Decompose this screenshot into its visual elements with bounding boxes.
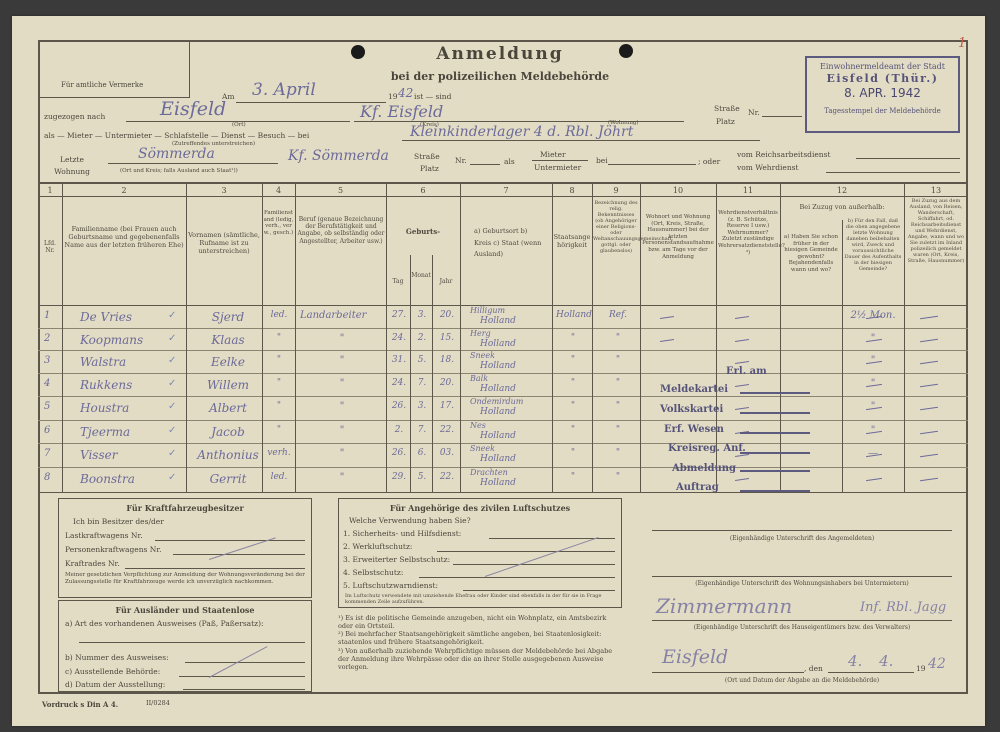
cell-stand[interactable]: " — [264, 378, 294, 388]
foreigner-field-label: a) Art des vorhandenen Ausweises (Paß, P… — [65, 619, 264, 628]
vehicle-note: Meiner gesetzlichen Verpflichtung zur An… — [65, 572, 305, 586]
cell-bekenntnis[interactable]: Ref. — [598, 310, 638, 320]
header-staatsangehoerigkeit: Staatsangehörigkeit — [553, 234, 591, 250]
als-options: als — Mieter — Untermieter — Schlafstell… — [44, 131, 309, 140]
cell-geburtsstaat[interactable]: Holland — [480, 407, 516, 417]
cell-c12a[interactable]: — — [848, 448, 898, 459]
header-geburts: Geburts- — [386, 228, 460, 236]
vehicle-field-label: Kraftrades Nr. — [65, 559, 120, 568]
cell-familienname[interactable]: Houstra — [80, 401, 180, 415]
footnote: ²) Bei mehrfacher Staatsangehörigkeit sä… — [338, 630, 622, 646]
cell-staatsang[interactable]: " — [556, 333, 590, 343]
cell-stand[interactable]: led. — [264, 472, 294, 482]
processing-stamp-header: Erl. am — [726, 366, 767, 377]
cell-vorname[interactable]: Willem — [196, 378, 260, 392]
place-value[interactable]: Eisfeld — [662, 646, 728, 668]
letzte-wohnung-caption: (Ort und Kreis; falls Ausland auch Staat… — [120, 168, 238, 174]
cell-geburtsstaat[interactable]: Holland — [480, 316, 516, 326]
cell-jahr[interactable]: 15. — [436, 333, 458, 343]
cell-geburtsort[interactable]: Drachten — [470, 468, 508, 477]
checkmark-icon: ✓ — [168, 448, 176, 459]
civil-defense-field: 1. Sicherheits- und Hilfsdienst: — [343, 529, 461, 538]
header-bekenntnis: Bezeichnung des relig. Bekenntnisses (ob… — [593, 200, 639, 254]
letzte-wohnung-label: Letzte Wohnung — [52, 154, 92, 178]
mieter-label: Mieter — [540, 150, 566, 159]
cell-jahr[interactable]: 20. — [436, 378, 458, 388]
col-number: 1 — [38, 186, 62, 195]
official-notes-box: Für amtliche Vermerke — [38, 40, 190, 98]
vehicle-field-label: Lastkraftwagens Nr. — [65, 531, 143, 540]
cell-vorname[interactable]: Sjerd — [196, 310, 260, 324]
col-number: 2 — [62, 186, 186, 195]
wohnung-caption: (Wohnung) — [608, 120, 639, 126]
cell-beruf[interactable]: " — [300, 425, 384, 436]
oder-label: ; oder — [698, 157, 720, 166]
civil-defense-question: Welche Verwendung haben Sie? — [349, 516, 471, 525]
document-title: Anmeldung — [380, 44, 620, 64]
zugezogen-ort-value[interactable]: Eisfeld — [160, 98, 226, 120]
civil-defense-title: Für Angehörige des zivilen Luftschutzes — [339, 503, 621, 513]
cell-stand[interactable]: verh. — [264, 448, 294, 458]
header-vornamen: Vornamen (sämtliche, Rufname ist zu unte… — [188, 232, 260, 255]
bei-label: bei — [596, 156, 608, 165]
cell-familienname[interactable]: Tjeerma — [80, 425, 180, 439]
vehicle-field-label: Personenkraftwagens Nr. — [65, 545, 162, 554]
header-zuzug-a: a) Haben Sie schon früher in der hiesige… — [782, 234, 840, 274]
foreigner-box-title: Für Ausländer und Staatenlose — [59, 605, 311, 615]
strasse-label: Straße — [714, 104, 740, 113]
cell-nr[interactable]: 4 — [44, 378, 60, 389]
cell-tag[interactable]: 24. — [388, 333, 410, 343]
cell-vorname[interactable]: Eelke — [196, 355, 260, 369]
cell-stand[interactable]: " — [264, 333, 294, 343]
civil-defense-field: 2. Werkluftschutz: — [343, 542, 412, 551]
foreigner-box: Für Ausländer und Staatenlose a) Art des… — [58, 600, 312, 692]
cell-jahr[interactable]: 03. — [436, 448, 458, 458]
col-number: 8 — [552, 186, 592, 195]
cell-monat[interactable]: 7. — [413, 425, 431, 435]
checkmark-icon: ✓ — [168, 310, 176, 321]
print-note: Vordruck s Din A 4. — [42, 700, 118, 709]
col-number: 12 — [780, 186, 904, 195]
cell-geburtsstaat[interactable]: Holland — [480, 384, 516, 394]
official-notes-label: Für amtliche Vermerke — [61, 81, 143, 89]
cell-jahr[interactable]: 18. — [436, 355, 458, 365]
stamp-date: 8. APR. 1942 — [807, 86, 958, 101]
cell-nr[interactable]: 8 — [44, 472, 60, 483]
nr-label: Nr. — [748, 108, 760, 117]
cell-tag[interactable]: 31. — [388, 355, 410, 365]
signature-caption-owner: (Eigenhändige Unterschrift des Hauseigen… — [652, 624, 952, 631]
bei-value[interactable]: Kleinkinderlager 4 d. Rbl. Jöhrt — [410, 124, 633, 140]
header-ausland: Bei Zuzug aus dem Ausland, von Reisen, W… — [906, 198, 966, 264]
platz-label: Platz — [716, 117, 735, 126]
col-number: 7 — [460, 186, 552, 195]
year-value-bottom[interactable]: 42 — [928, 656, 946, 672]
cell-geburtsort[interactable]: Nes — [470, 421, 486, 430]
header-monat: Monat — [410, 272, 432, 279]
owner-signature[interactable]: Zimmermann — [656, 594, 792, 618]
vehicle-box-title: Für Kraftfahrzeugbesitzer — [59, 503, 311, 513]
am-value[interactable]: 3. April — [252, 80, 316, 100]
cell-staatsang[interactable]: " — [556, 448, 590, 458]
cell-stand[interactable]: led. — [264, 310, 294, 320]
cell-geburtsort[interactable]: Ondemirdum — [470, 397, 523, 406]
cell-bekenntnis[interactable]: " — [598, 448, 638, 458]
civil-defense-note: Im Luftschutz verwendete mit umziehende … — [345, 593, 615, 605]
cell-monat[interactable]: 5. — [413, 472, 431, 482]
den-label: , den — [804, 664, 823, 673]
cell-jahr[interactable]: 22. — [436, 425, 458, 435]
cell-c12a[interactable]: " — [848, 333, 898, 344]
punch-hole-icon — [619, 44, 633, 58]
letzte-strasse-label: Straße — [414, 152, 440, 161]
cell-familienname[interactable]: De Vries — [80, 310, 180, 324]
processing-item: Abmeldung — [672, 463, 736, 474]
civil-defense-field: 5. Luftschutzwarndienst: — [343, 581, 438, 590]
cell-stand[interactable]: " — [264, 355, 294, 365]
cell-nr[interactable]: 3 — [44, 355, 60, 366]
punch-hole-icon — [351, 45, 365, 59]
letzte-platz-label: Platz — [420, 164, 439, 173]
cell-familienname[interactable]: Koopmans — [80, 333, 180, 347]
letzte-kreis-value[interactable]: Kf. Sömmerda — [288, 148, 389, 164]
cell-vorname[interactable]: Anthonius — [196, 448, 260, 462]
header-beruf: Beruf (genaue Bezeichnung der Berufstäti… — [297, 216, 385, 245]
cell-bekenntnis[interactable]: " — [598, 401, 638, 411]
cell-beruf[interactable]: " — [300, 448, 384, 459]
cell-c12a[interactable]: " — [848, 355, 898, 366]
stamp-office: Einwohnermeldeamt der Stadt — [807, 62, 958, 72]
cell-vorname[interactable]: Gerrit — [196, 472, 260, 486]
signature-caption-tenant: (Eigenhändige Unterschrift des Wohnungsi… — [652, 580, 952, 587]
cell-familienname[interactable]: Walstra — [80, 355, 180, 369]
foreigner-field-label: b) Nummer des Ausweises: — [65, 653, 169, 662]
cell-bekenntnis[interactable]: " — [598, 333, 638, 343]
cell-geburtsstaat[interactable]: Holland — [480, 339, 516, 349]
cell-geburtsstaat[interactable]: Holland — [480, 361, 516, 371]
cell-tag[interactable]: 26. — [388, 401, 410, 411]
cell-bekenntnis[interactable]: " — [598, 425, 638, 435]
checkmark-icon: ✓ — [168, 401, 176, 412]
signature-caption-registrant: (Eigenhändige Unterschrift des Angemelde… — [652, 535, 952, 542]
letzte-nr-label: Nr. — [455, 156, 467, 165]
col-number: 5 — [295, 186, 386, 195]
header-jahr: Jahr — [432, 278, 460, 285]
ist-sind-label: ist — sind — [414, 92, 451, 101]
stamp-footer: Tagesstempel der Meldebehörde — [807, 107, 958, 116]
cell-vorname[interactable]: Jacob — [196, 425, 260, 439]
cell-geburtsort[interactable]: Herg — [470, 329, 491, 338]
cell-bekenntnis[interactable]: " — [598, 378, 638, 388]
cell-tag[interactable]: 24. — [388, 378, 410, 388]
cell-stand[interactable]: " — [264, 401, 294, 411]
processing-item: Auftrag — [676, 482, 719, 493]
cell-vorname[interactable]: Albert — [196, 401, 260, 415]
cell-c12a[interactable]: " — [848, 401, 898, 412]
col-number: 10 — [640, 186, 716, 195]
cell-staatsang[interactable]: " — [556, 425, 590, 435]
cell-c12a[interactable]: 2½ Mon. — [848, 310, 898, 321]
checkmark-icon: ✓ — [168, 355, 176, 366]
cell-monat[interactable]: 7. — [413, 378, 431, 388]
cell-geburtsort[interactable]: Sneek — [470, 444, 495, 453]
cell-monat[interactable]: 2. — [413, 333, 431, 343]
header-zuzug: Bei Zuzug von außerhalb: — [780, 204, 904, 212]
foreigner-field-label: c) Ausstellende Behörde: — [65, 667, 160, 676]
cell-stand[interactable]: " — [264, 425, 294, 435]
header-familienstand: Familienstand (ledig, verh., verw., gesc… — [263, 210, 294, 236]
cell-beruf[interactable]: " — [300, 472, 384, 483]
stamp-city: Eisfeld (Thür.) — [807, 72, 958, 86]
zugezogen-label: zugezogen nach — [44, 112, 105, 121]
checkmark-icon: ✓ — [168, 425, 176, 436]
letzte-wohnung-value[interactable]: Sömmerda — [138, 146, 215, 162]
civil-defense-field: 4. Selbstschutz: — [343, 568, 403, 577]
cell-geburtsstaat[interactable]: Holland — [480, 478, 516, 488]
cell-beruf[interactable]: Landarbeiter — [300, 310, 384, 321]
cell-beruf[interactable]: " — [300, 355, 384, 366]
signature-caption-date: (Ort und Datum der Abgabe an die Meldebe… — [652, 677, 952, 684]
footnotes: ¹) Es ist die politische Gemeinde anzuge… — [338, 614, 622, 671]
cell-nr[interactable]: 5 — [44, 401, 60, 412]
form-code: II/0284 — [146, 699, 170, 707]
cell-c12a[interactable]: " — [848, 425, 898, 436]
cell-tag[interactable]: 27. — [388, 310, 410, 320]
header-lfd-nr: Lfd. Nr. — [39, 240, 61, 254]
civil-defense-field: 3. Erweiterter Selbstschutz: — [343, 555, 450, 564]
cell-tag[interactable]: 2. — [388, 425, 410, 435]
col-number: 3 — [186, 186, 262, 195]
cell-bekenntnis[interactable]: " — [598, 472, 638, 482]
registration-stamp: Einwohnermeldeamt der Stadt Eisfeld (Thü… — [805, 56, 960, 133]
cell-geburtsort[interactable]: Hilligum — [470, 306, 505, 315]
cell-beruf[interactable]: " — [300, 401, 384, 412]
header-geburtsort: a) Geburtsort b) Kreis c) Staat (wenn Au… — [474, 226, 544, 261]
cell-jahr[interactable]: 20. — [436, 310, 458, 320]
cell-bekenntnis[interactable]: " — [598, 355, 638, 365]
cell-geburtsort[interactable]: Balk — [470, 374, 488, 383]
date-value[interactable]: 4. 4. — [848, 652, 893, 670]
cell-monat[interactable]: 6. — [413, 448, 431, 458]
col-number: 6 — [386, 186, 460, 195]
cell-jahr[interactable]: 22. — [436, 472, 458, 482]
header-wohnort: Wohnort und Wohnung (Ort, Kreis, Straße,… — [642, 214, 714, 260]
document-subtitle: bei der polizeilichen Meldebehörde — [370, 70, 630, 83]
processing-item: Meldekartei — [660, 384, 728, 395]
cell-tag[interactable]: 29. — [388, 472, 410, 482]
cell-familienname[interactable]: Rukkens — [80, 378, 180, 392]
cell-nr[interactable]: 7 — [44, 448, 60, 459]
year-value[interactable]: 42 — [398, 86, 413, 100]
header-zuzug-b: b) Für den Fall, daß die oben angegebene… — [844, 218, 902, 272]
owner-note[interactable]: Inf. Rbl. Jagg — [860, 600, 946, 615]
footnote: ³) Von außerhalb zuziehende Wehrpflichti… — [338, 647, 622, 671]
processing-item: Volkskartei — [660, 404, 723, 415]
header-familienname: Familienname (bei Frauen auch Geburtsnam… — [64, 226, 184, 249]
cell-geburtsstaat[interactable]: Holland — [480, 431, 516, 441]
cell-nr[interactable]: 1 — [44, 310, 60, 321]
cell-geburtsort[interactable]: Sneek — [470, 351, 495, 360]
red-mark: 1 — [958, 36, 966, 51]
cell-jahr[interactable]: 17. — [436, 401, 458, 411]
col-number: 9 — [592, 186, 640, 195]
processing-item: Kreisreg. Anf. — [668, 443, 746, 454]
cell-nr[interactable]: 2 — [44, 333, 60, 344]
cell-staatsang[interactable]: " — [556, 472, 590, 482]
kreis-value[interactable]: Kf. Eisfeld — [360, 102, 443, 121]
cell-monat[interactable]: 3. — [413, 310, 431, 320]
cell-familienname[interactable]: Boonstra — [80, 472, 180, 486]
cell-monat[interactable]: 3. — [413, 401, 431, 411]
cell-nr[interactable]: 6 — [44, 425, 60, 436]
cell-tag[interactable]: 26. — [388, 448, 410, 458]
cell-geburtsstaat[interactable]: Holland — [480, 454, 516, 464]
wehrdienst-label: vom Wehrdienst — [737, 163, 799, 172]
col-number: 11 — [716, 186, 780, 195]
processing-item: Erf. Wesen — [664, 424, 724, 435]
cell-c12a[interactable]: " — [848, 378, 898, 389]
col-number: 4 — [262, 186, 295, 195]
checkmark-icon: ✓ — [168, 333, 176, 344]
cell-beruf[interactable]: " — [300, 378, 384, 389]
ort-caption: (Ort) — [232, 122, 246, 128]
cell-staatsang[interactable]: " — [556, 401, 590, 411]
cell-familienname[interactable]: Visser — [80, 448, 180, 462]
cell-beruf[interactable]: " — [300, 333, 384, 344]
foreigner-field-label: d) Datum der Ausstellung: — [65, 680, 165, 689]
als-label: als — [504, 157, 515, 166]
untermieter-label: Untermieter — [534, 163, 581, 172]
cell-monat[interactable]: 5. — [413, 355, 431, 365]
vehicle-intro: Ich bin Besitzer des/der — [73, 517, 164, 526]
footnote: ¹) Es ist die politische Gemeinde anzuge… — [338, 614, 622, 630]
cell-staatsang[interactable]: Holland — [556, 310, 590, 320]
cell-staatsang[interactable]: " — [556, 378, 590, 388]
vehicle-owner-box: Für Kraftfahrzeugbesitzer Ich bin Besitz… — [58, 498, 312, 598]
col-number: 13 — [904, 186, 968, 195]
cell-vorname[interactable]: Klaas — [196, 333, 260, 347]
checkmark-icon: ✓ — [168, 378, 176, 389]
reichsarbeitsdienst-label: vom Reichsarbeitsdienst — [737, 150, 831, 159]
year-prefix-label: 19 — [916, 664, 926, 673]
checkmark-icon: ✓ — [168, 472, 176, 483]
year-prefix: 19 — [388, 92, 398, 101]
header-tag: Tag — [386, 278, 410, 285]
header-wehrdienst: Wehrdienstverhältnis (z. B. Schütze, Res… — [718, 210, 778, 256]
civil-defense-box: Für Angehörige des zivilen Luftschutzes … — [338, 498, 622, 608]
cell-staatsang[interactable]: " — [556, 355, 590, 365]
